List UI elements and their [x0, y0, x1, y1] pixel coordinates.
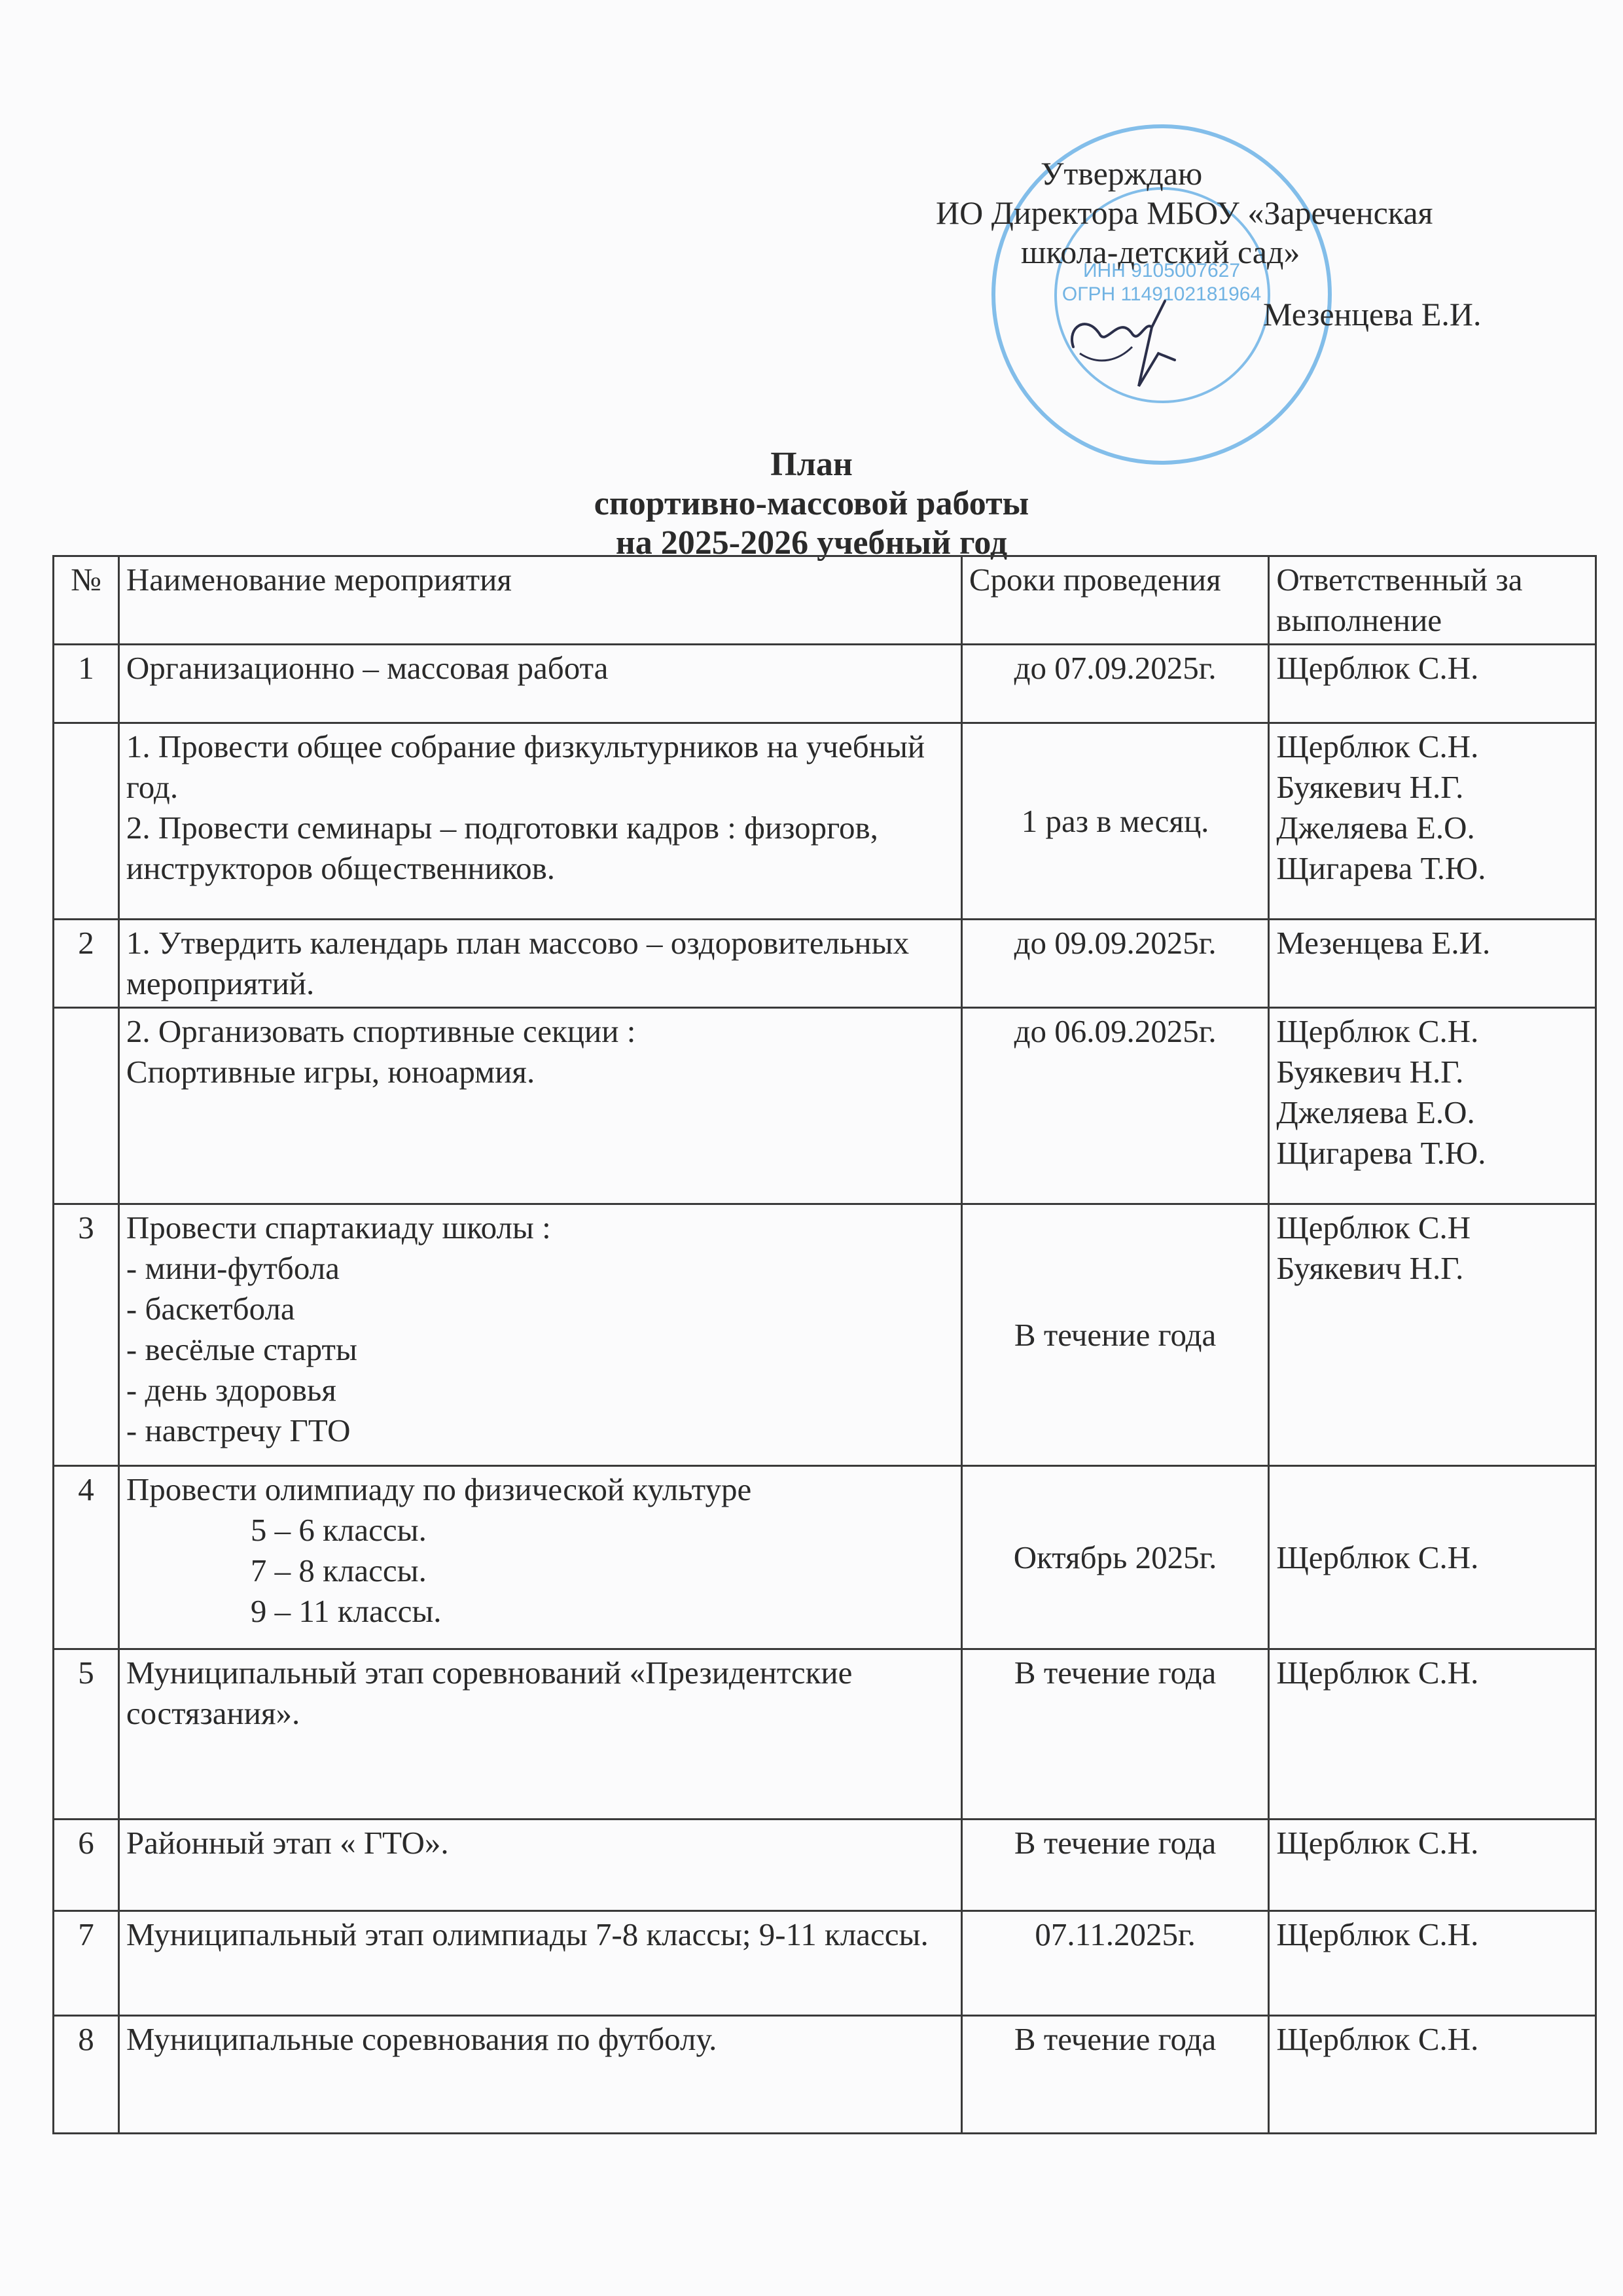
responsible-person: Буякевич Н.Г.	[1276, 1248, 1588, 1289]
table-row: 3Провести спартакиаду школы :- мини-футб…	[54, 1204, 1596, 1466]
responsible-persons: Щерблюк С.Н.	[1269, 645, 1596, 723]
row-number	[54, 1008, 119, 1204]
table-row: 6Районный этап « ГТО».В течение годаЩерб…	[54, 1820, 1596, 1911]
event-date: В течение года	[961, 1204, 1269, 1466]
event-name: Районный этап « ГТО».	[118, 1820, 961, 1911]
responsible-person: Щерблюк С.Н.	[1276, 2019, 1588, 2060]
event-date: до 09.09.2025г.	[961, 920, 1269, 1008]
event-name: Муниципальный этап соревнований «Президе…	[118, 1649, 961, 1820]
responsible-person: Джеляева Е.О.	[1276, 808, 1588, 848]
event-name-line: - день здоровья	[126, 1370, 954, 1410]
event-date: 07.11.2025г.	[961, 1911, 1269, 2016]
responsible-person: Щерблюк С.Н.	[1276, 1914, 1588, 1955]
approval-organization: школа-детский сад»	[936, 232, 1590, 272]
responsible-persons: Мезенцева Е.И.	[1269, 920, 1596, 1008]
responsible-person: Щерблюк С.Н.	[1276, 648, 1588, 689]
event-date: В течение года	[961, 2016, 1269, 2134]
event-name-line: 1. Провести общее собрание физкультурник…	[126, 726, 954, 808]
event-date: до 06.09.2025г.	[961, 1008, 1269, 1204]
event-name-line: - баскетбола	[126, 1289, 954, 1329]
title-line-1: План	[0, 445, 1623, 484]
event-name-line: 1. Утвердить календарь план массово – оз…	[126, 923, 954, 1004]
row-number: 1	[54, 645, 119, 723]
header-number: №	[54, 556, 119, 645]
responsible-person: Щерблюк С.Н.	[1276, 1653, 1588, 1693]
row-number: 3	[54, 1204, 119, 1466]
responsible-persons: Щерблюк С.НБуякевич Н.Г.	[1269, 1204, 1596, 1466]
responsible-persons: Щерблюк С.Н.	[1269, 1820, 1596, 1911]
event-date: до 07.09.2025г.	[961, 645, 1269, 723]
event-name: 1. Утвердить календарь план массово – оз…	[118, 920, 961, 1008]
event-name-line: Муниципальные соревнования по футболу.	[126, 2019, 954, 2060]
table-row: 21. Утвердить календарь план массово – о…	[54, 920, 1596, 1008]
responsible-person: Буякевич Н.Г.	[1276, 767, 1588, 808]
event-name-line: 2. Провести семинары – подготовки кадров…	[126, 808, 954, 889]
row-number: 8	[54, 2016, 119, 2134]
responsible-persons: Щерблюк С.Н.Буякевич Н.Г.Джеляева Е.О.Щи…	[1269, 1008, 1596, 1204]
table-row: 5Муниципальный этап соревнований «Презид…	[54, 1649, 1596, 1820]
responsible-person: Щигарева Т.Ю.	[1276, 848, 1588, 889]
responsible-persons: Щерблюк С.Н.	[1269, 1466, 1596, 1649]
responsible-person: Мезенцева Е.И.	[1276, 923, 1588, 963]
event-name-line: 5 – 6 классы.	[126, 1510, 954, 1551]
table-row: 2. Организовать спортивные секции :Спорт…	[54, 1008, 1596, 1204]
event-name: Провести олимпиаду по физической культур…	[118, 1466, 961, 1649]
approval-position: ИО Директора МБОУ «Зареченская	[936, 193, 1590, 232]
responsible-person: Джеляева Е.О.	[1276, 1092, 1588, 1133]
event-name-line: 7 – 8 классы.	[126, 1551, 954, 1591]
approval-signatory: Мезенцева Е.И.	[936, 295, 1590, 334]
row-number: 5	[54, 1649, 119, 1820]
table-row: 1. Провести общее собрание физкультурник…	[54, 723, 1596, 920]
row-number: 6	[54, 1820, 119, 1911]
row-number: 7	[54, 1911, 119, 2016]
table-header-row: № Наименование мероприятия Сроки проведе…	[54, 556, 1596, 645]
title-line-2: спортивно-массовой работы	[0, 484, 1623, 524]
event-name: Муниципальный этап олимпиады 7-8 классы;…	[118, 1911, 961, 2016]
event-name-line: Муниципальный этап олимпиады 7-8 классы;…	[126, 1914, 954, 1955]
responsible-person: Щерблюк С.Н.	[1276, 726, 1588, 767]
event-date: В течение года	[961, 1649, 1269, 1820]
event-name-line: 9 – 11 классы.	[126, 1591, 954, 1632]
event-name-line: Провести спартакиаду школы :	[126, 1208, 954, 1248]
header-dates: Сроки проведения	[961, 556, 1269, 645]
approval-block: Утверждаю ИО Директора МБОУ «Зареченская…	[936, 154, 1590, 334]
event-name-line: Районный этап « ГТО».	[126, 1823, 954, 1863]
table-row: 4Провести олимпиаду по физической культу…	[54, 1466, 1596, 1649]
event-name: Провести спартакиаду школы :- мини-футбо…	[118, 1204, 961, 1466]
responsible-persons: Щерблюк С.Н.	[1269, 1911, 1596, 2016]
document-title: План спортивно-массовой работы на 2025-2…	[0, 445, 1623, 563]
event-name-line: - весёлые старты	[126, 1329, 954, 1370]
responsible-person: Щерблюк С.Н.	[1276, 1823, 1588, 1863]
row-number: 4	[54, 1466, 119, 1649]
event-name: 2. Организовать спортивные секции :Спорт…	[118, 1008, 961, 1204]
responsible-person: Щерблюк С.Н	[1276, 1208, 1588, 1248]
event-name: Муниципальные соревнования по футболу.	[118, 2016, 961, 2134]
event-name: Организационно – массовая работа	[118, 645, 961, 723]
event-name-line: - навстречу ГТО	[126, 1410, 954, 1451]
event-name-line: Муниципальный этап соревнований «Президе…	[126, 1653, 954, 1734]
responsible-person: Щигарева Т.Ю.	[1276, 1133, 1588, 1174]
table-row: 7Муниципальный этап олимпиады 7-8 классы…	[54, 1911, 1596, 2016]
responsible-persons: Щерблюк С.Н.	[1269, 1649, 1596, 1820]
signature-icon	[1060, 288, 1204, 393]
event-name: 1. Провести общее собрание физкультурник…	[118, 723, 961, 920]
responsible-person: Буякевич Н.Г.	[1276, 1052, 1588, 1092]
responsible-persons: Щерблюк С.Н.Буякевич Н.Г.Джеляева Е.О.Щи…	[1269, 723, 1596, 920]
header-event-name: Наименование мероприятия	[118, 556, 961, 645]
responsible-person: Щерблюк С.Н.	[1276, 1011, 1588, 1052]
responsible-persons: Щерблюк С.Н.	[1269, 2016, 1596, 2134]
header-responsible: Ответственный за выполнение	[1269, 556, 1596, 645]
event-name-line: Провести олимпиаду по физической культур…	[126, 1469, 954, 1510]
approval-heading: Утверждаю	[936, 154, 1590, 193]
row-number: 2	[54, 920, 119, 1008]
event-name-line: - мини-футбола	[126, 1248, 954, 1289]
event-name-line: 2. Организовать спортивные секции :	[126, 1011, 954, 1052]
table-row: 8Муниципальные соревнования по футболу.В…	[54, 2016, 1596, 2134]
event-name-line: Спортивные игры, юноармия.	[126, 1052, 954, 1092]
event-name-line: Организационно – массовая работа	[126, 648, 954, 689]
event-date: В течение года	[961, 1820, 1269, 1911]
responsible-person: Щерблюк С.Н.	[1276, 1537, 1588, 1578]
event-date: Октябрь 2025г.	[961, 1466, 1269, 1649]
plan-table: № Наименование мероприятия Сроки проведе…	[52, 555, 1597, 2134]
table-row: 1Организационно – массовая работадо 07.0…	[54, 645, 1596, 723]
row-number	[54, 723, 119, 920]
event-date: 1 раз в месяц.	[961, 723, 1269, 920]
